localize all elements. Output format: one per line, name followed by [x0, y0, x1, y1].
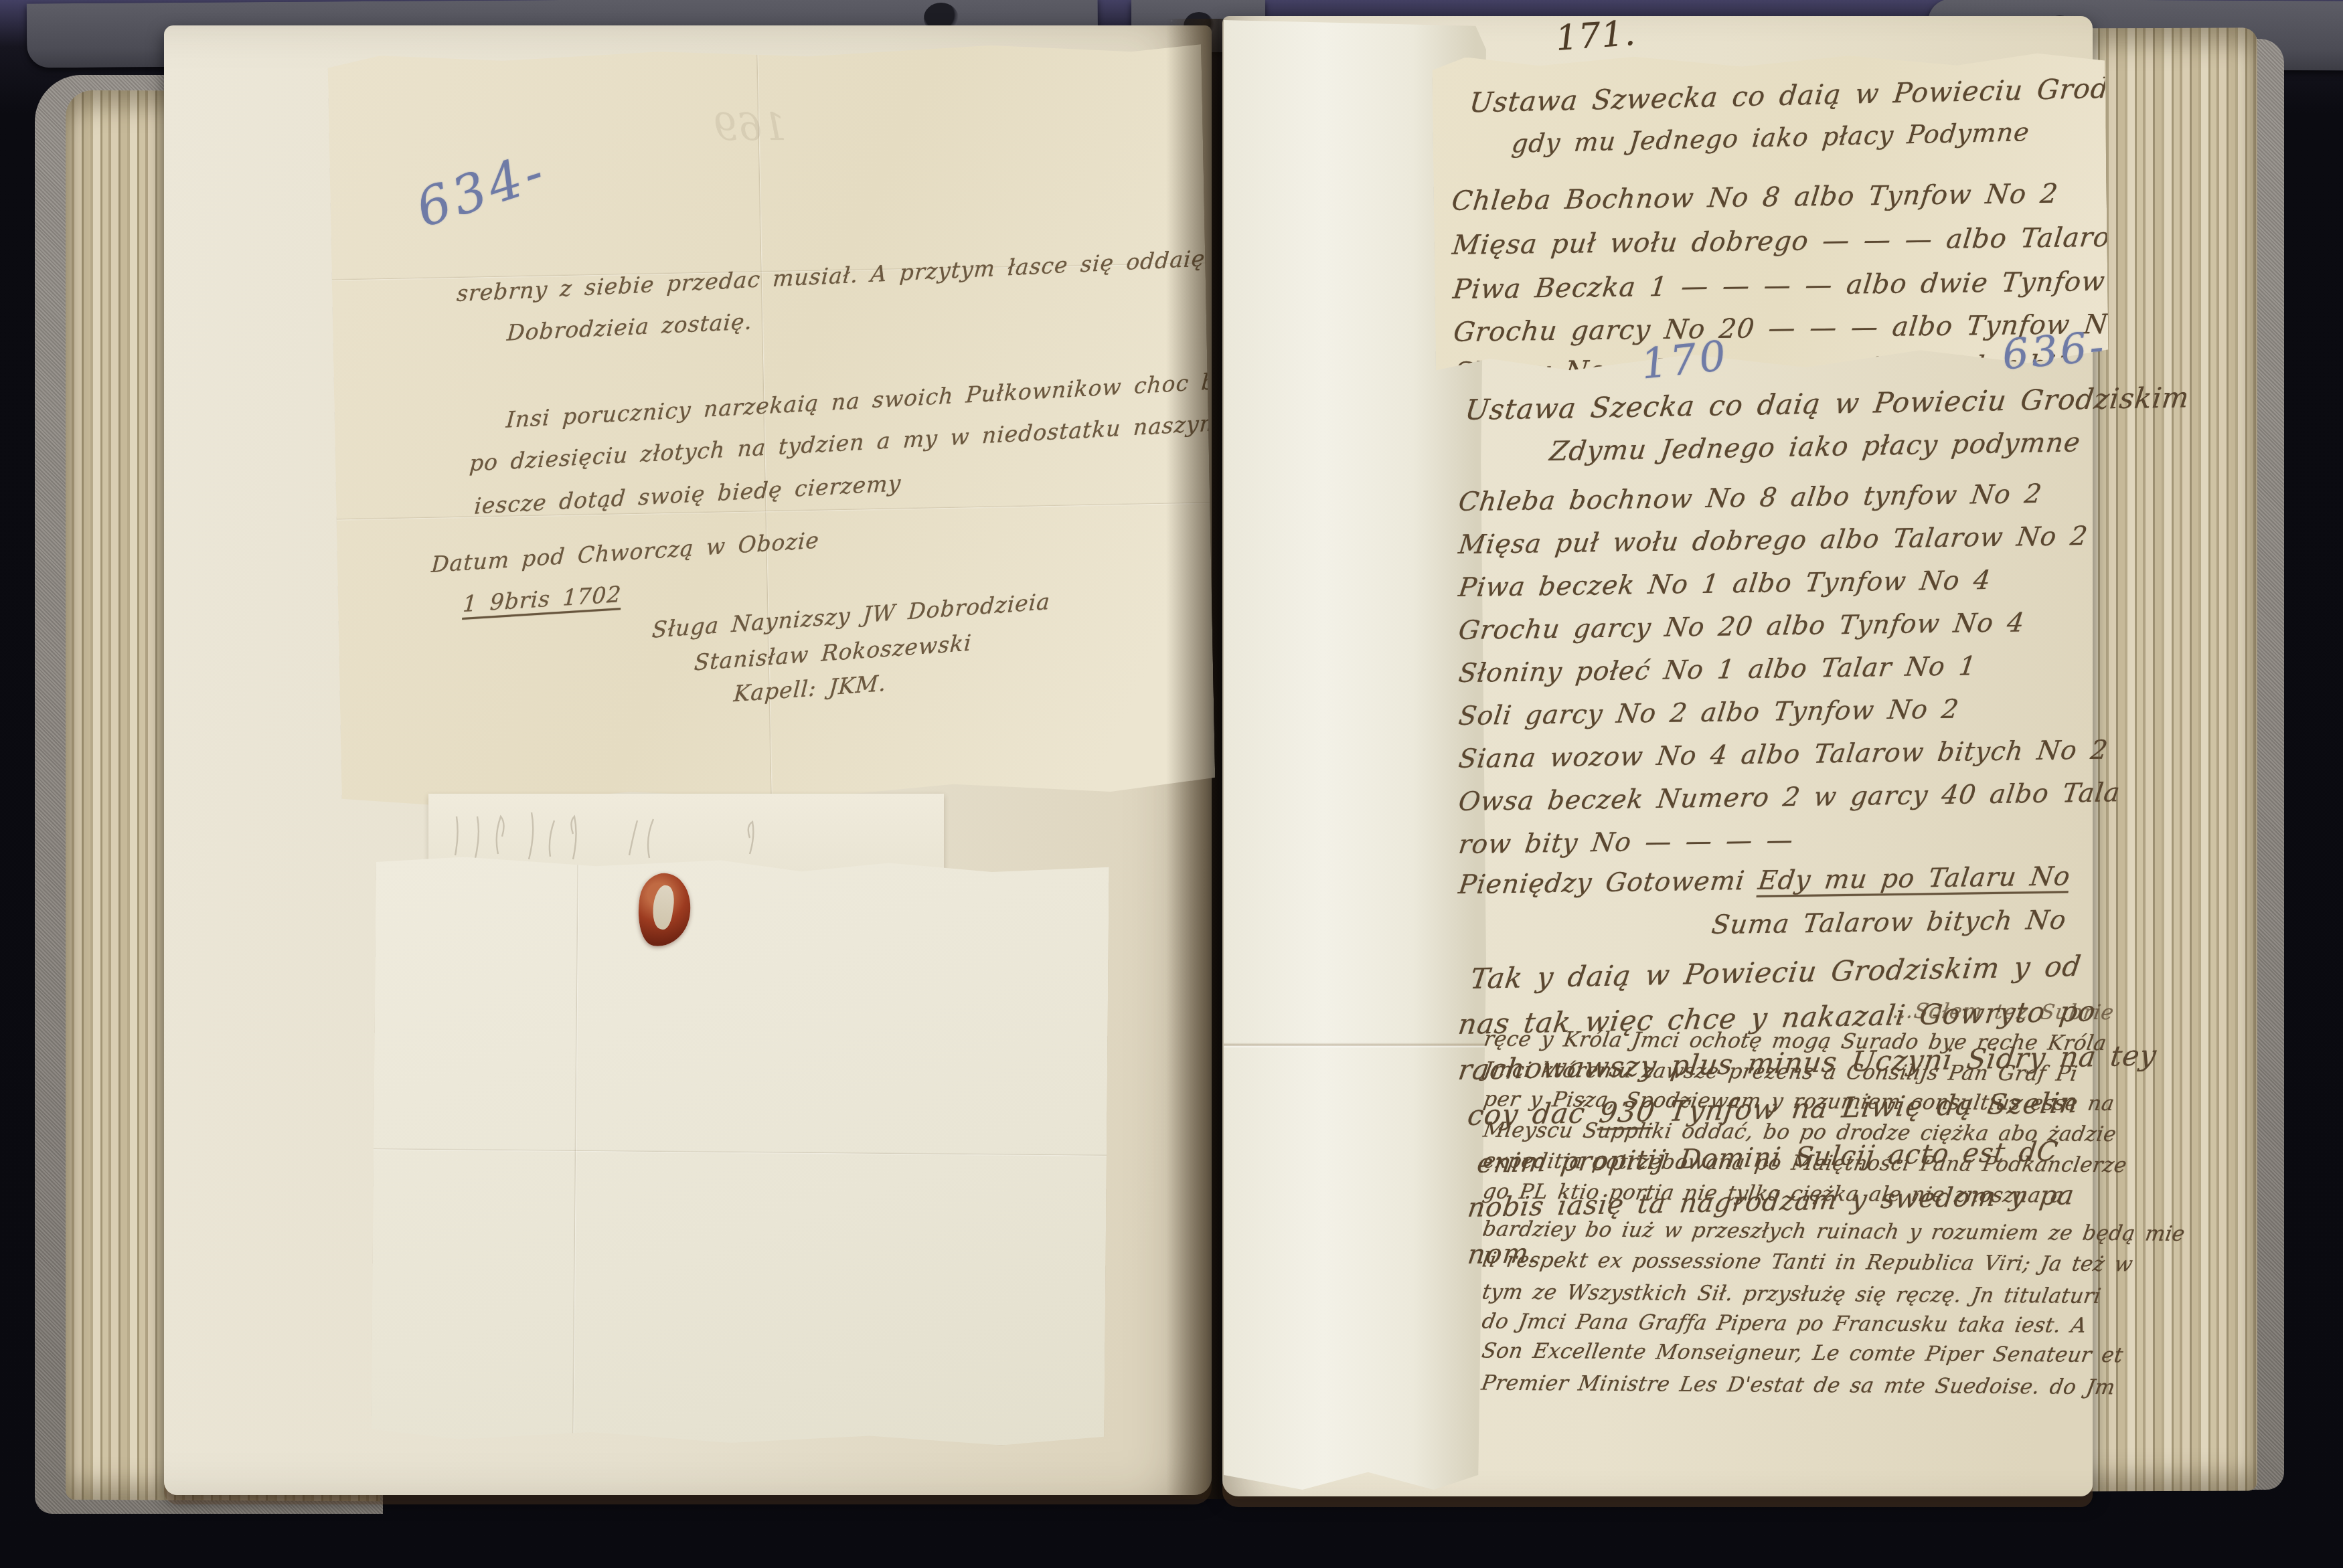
folio-number-ink: 171.: [1554, 13, 1637, 59]
letter-line: go PL ktio portia nie tylko ciężka ale n…: [1481, 1180, 2065, 1208]
suma-line: Suma Talarow bitych No: [1710, 905, 2068, 940]
tariff2-line: row bity No — — — —: [1457, 825, 1795, 860]
tariff1-line: Mięsa puł wołu dobrego — — — albo Talaro…: [1451, 221, 2221, 261]
letter-line: li respekt ex possessione Tanti in Repub…: [1481, 1248, 2135, 1277]
letter-line: Jmci któremu zawsze prezens a Consilijs …: [1482, 1058, 2079, 1086]
money-line-underlined: Edy mu po Talaru No: [1757, 861, 2073, 896]
tariff1-line: Chleba Bochnow No 8 albo Tynfow No 2: [1450, 179, 2060, 217]
sheet-fold-crease: [374, 1148, 1107, 1157]
letter-line: ręce y Króla Jmci ochotę mogą Surado bye…: [1482, 1027, 2108, 1055]
note-fold-crease: [337, 501, 1210, 521]
left-pasted-note: 634- srebrny z siebie przedac musiał. A …: [327, 40, 1215, 810]
tariff1-line: Piwa Beczka 1 — — — — albo dwie Tynfow N…: [1451, 265, 2193, 305]
left-lower-sheet: [371, 856, 1109, 1446]
wax-seal-remnant: [633, 870, 695, 950]
letter-line: do Jmci Pana Graffa Pipera po Francusku …: [1480, 1310, 2089, 1338]
money-line-pre: Pieniędzy Gotowemi: [1457, 866, 1760, 900]
note-signature-line: Kapell: JKM.: [733, 670, 888, 707]
letter-line: Mieyscu Suppliki oddać, bo po drodze cię…: [1481, 1118, 2118, 1147]
archival-folio-pencil: 634-: [409, 141, 554, 239]
letter-line: Premier Ministre Les D'estat de sa mte S…: [1479, 1371, 2117, 1400]
right-top-slip: Ustawa Szwecka co daią w Powieciu Grodzi…: [1432, 50, 2109, 373]
note-opening-line: srebrny z siebie przedac musiał. A przyt…: [456, 243, 1258, 307]
archival-folio-pencil: 636-: [2000, 321, 2108, 379]
sheet-deckle-edge: [1224, 1043, 1486, 1048]
seal-paper-tear: [650, 884, 676, 931]
archival-folio-pencil: 170: [1639, 331, 1730, 388]
note-opening-line: Dobrodzieia zostaię.: [506, 308, 754, 345]
note-signature-line: Sługa Naynizszy JW Dobrodzieia: [651, 588, 1051, 643]
letter-fragment: …Sołem tez Subrie: [1890, 999, 2116, 1025]
letter-text-block: …Sołem tez Subrie ręce y Króla Jmci ocho…: [1477, 996, 2143, 1450]
letter-line: expeditia potrzebowana po Maiętności Pan…: [1481, 1149, 2129, 1178]
letter-line: Son Excellente Monseigneur, Le comte Pip…: [1480, 1339, 2125, 1368]
tariff1-title-line: gdy mu Jednego iako płacy Podymne: [1510, 117, 2031, 159]
showthrough-ghost-number: 169: [713, 106, 787, 149]
note-datum-line: Datum pod Chworczą w Obozie: [430, 527, 820, 578]
manuscript-photo: 634- srebrny z siebie przedac musiał. A …: [0, 0, 2343, 1568]
note-date: 1 9bris 1702: [462, 581, 622, 617]
letter-line: per y Pisza, Spodziewam y rozumiem consu…: [1481, 1087, 2116, 1116]
letter-line: bardziey bo iuż w przeszłych ruinach y r…: [1481, 1217, 2187, 1246]
tariff1-title-line: Ustawa Szwecka co daią w Powieciu Grodzi…: [1468, 70, 2203, 119]
letter-line: tym ze Wszystkich Sił. przysłużę się ręc…: [1480, 1280, 2103, 1308]
